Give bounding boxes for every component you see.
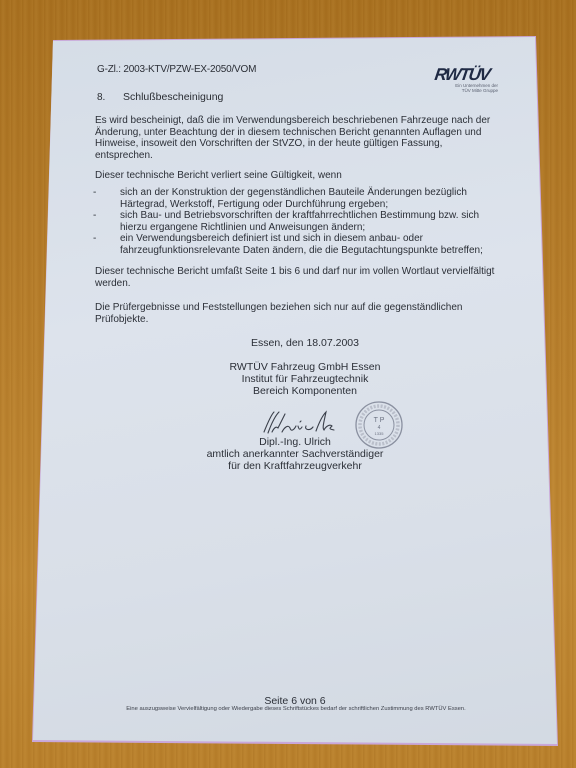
conditions-list: - sich an der Konstruktion der gegenstän… [93,187,483,256]
dash-marker: - [93,233,96,245]
text-line: Die Prüfergebnisse und Feststellungen be… [95,302,462,314]
validity-intro: Dieser technische Bericht verliert seine… [95,170,342,182]
text-line: Dieser technische Bericht umfaßt Seite 1… [95,266,494,278]
rwtuev-logo: RWTÜV Ein Unternehmen der TÜV Mitte Grup… [426,66,498,93]
scope-paragraph: Dieser technische Bericht umfaßt Seite 1… [95,266,494,289]
text-line: sich Bau- und Betriebsvorschriften der k… [120,210,483,222]
footer-note: Eine auszugsweise Vervielfältigung oder … [86,706,506,712]
org-line: Institut für Fahrzeugtechnik [170,373,440,385]
org-line: RWTÜV Fahrzeug GmbH Essen [170,361,440,373]
stamp-line-1: T P [374,417,385,424]
logo-tagline-2: TÜV Mitte Gruppe [440,88,498,93]
text-line: Es wird bescheinigt, daß die im Verwendu… [95,115,490,127]
text-line: Änderung, unter Beachtung der in diesem … [95,127,490,139]
signer-title: für den Kraftfahrzeugverkehr [160,460,430,472]
section-number: 8. [97,92,105,103]
text-line: ein Verwendungsbereich definiert ist und… [120,233,483,245]
text-line: hierzu ergangene Richtlinien und Anweisu… [120,222,483,234]
place-date: Essen, den 18.07.2003 [170,337,440,349]
text-line: fahrzeugfunktionsrelevante Daten ändern,… [120,245,483,257]
org-line: Bereich Komponenten [170,385,440,397]
list-item: - ein Verwendungsbereich definiert ist u… [93,233,483,256]
signer-title: amtlich anerkannter Sachverständiger [160,448,430,460]
reference-number: G-Zl.: 2003-KTV/PZW-EX-2050/VOM [97,64,256,75]
organization-block: RWTÜV Fahrzeug GmbH Essen Institut für F… [170,361,440,397]
dash-marker: - [93,187,96,199]
results-paragraph: Die Prüfergebnisse und Feststellungen be… [95,302,462,325]
text-line: Härtegrad, Werkstoff, Fertigung oder Dur… [120,199,483,211]
text-line: sich an der Konstruktion der gegenständl… [120,187,483,199]
signer-name: Dipl.-Ing. Ulrich [160,436,430,448]
list-item: - sich an der Konstruktion der gegenstän… [93,187,483,210]
signature-icon [258,408,338,438]
logo-wordmark: RWTÜV [425,66,499,83]
text-line: Prüfobjekte. [95,314,462,326]
document-content: G-Zl.: 2003-KTV/PZW-EX-2050/VOM RWTÜV Ei… [0,0,576,768]
text-line: Hinweise, insoweit den Vorschriften der … [95,138,490,150]
list-item: - sich Bau- und Betriebsvorschriften der… [93,210,483,233]
text-line: werden. [95,278,494,290]
dash-marker: - [93,210,96,222]
certification-paragraph: Es wird bescheinigt, daß die im Verwendu… [95,115,490,161]
signer-block: Dipl.-Ing. Ulrich amtlich anerkannter Sa… [160,436,430,472]
text-line: entsprechen. [95,150,490,162]
section-title: Schlußbescheinigung [123,91,223,103]
